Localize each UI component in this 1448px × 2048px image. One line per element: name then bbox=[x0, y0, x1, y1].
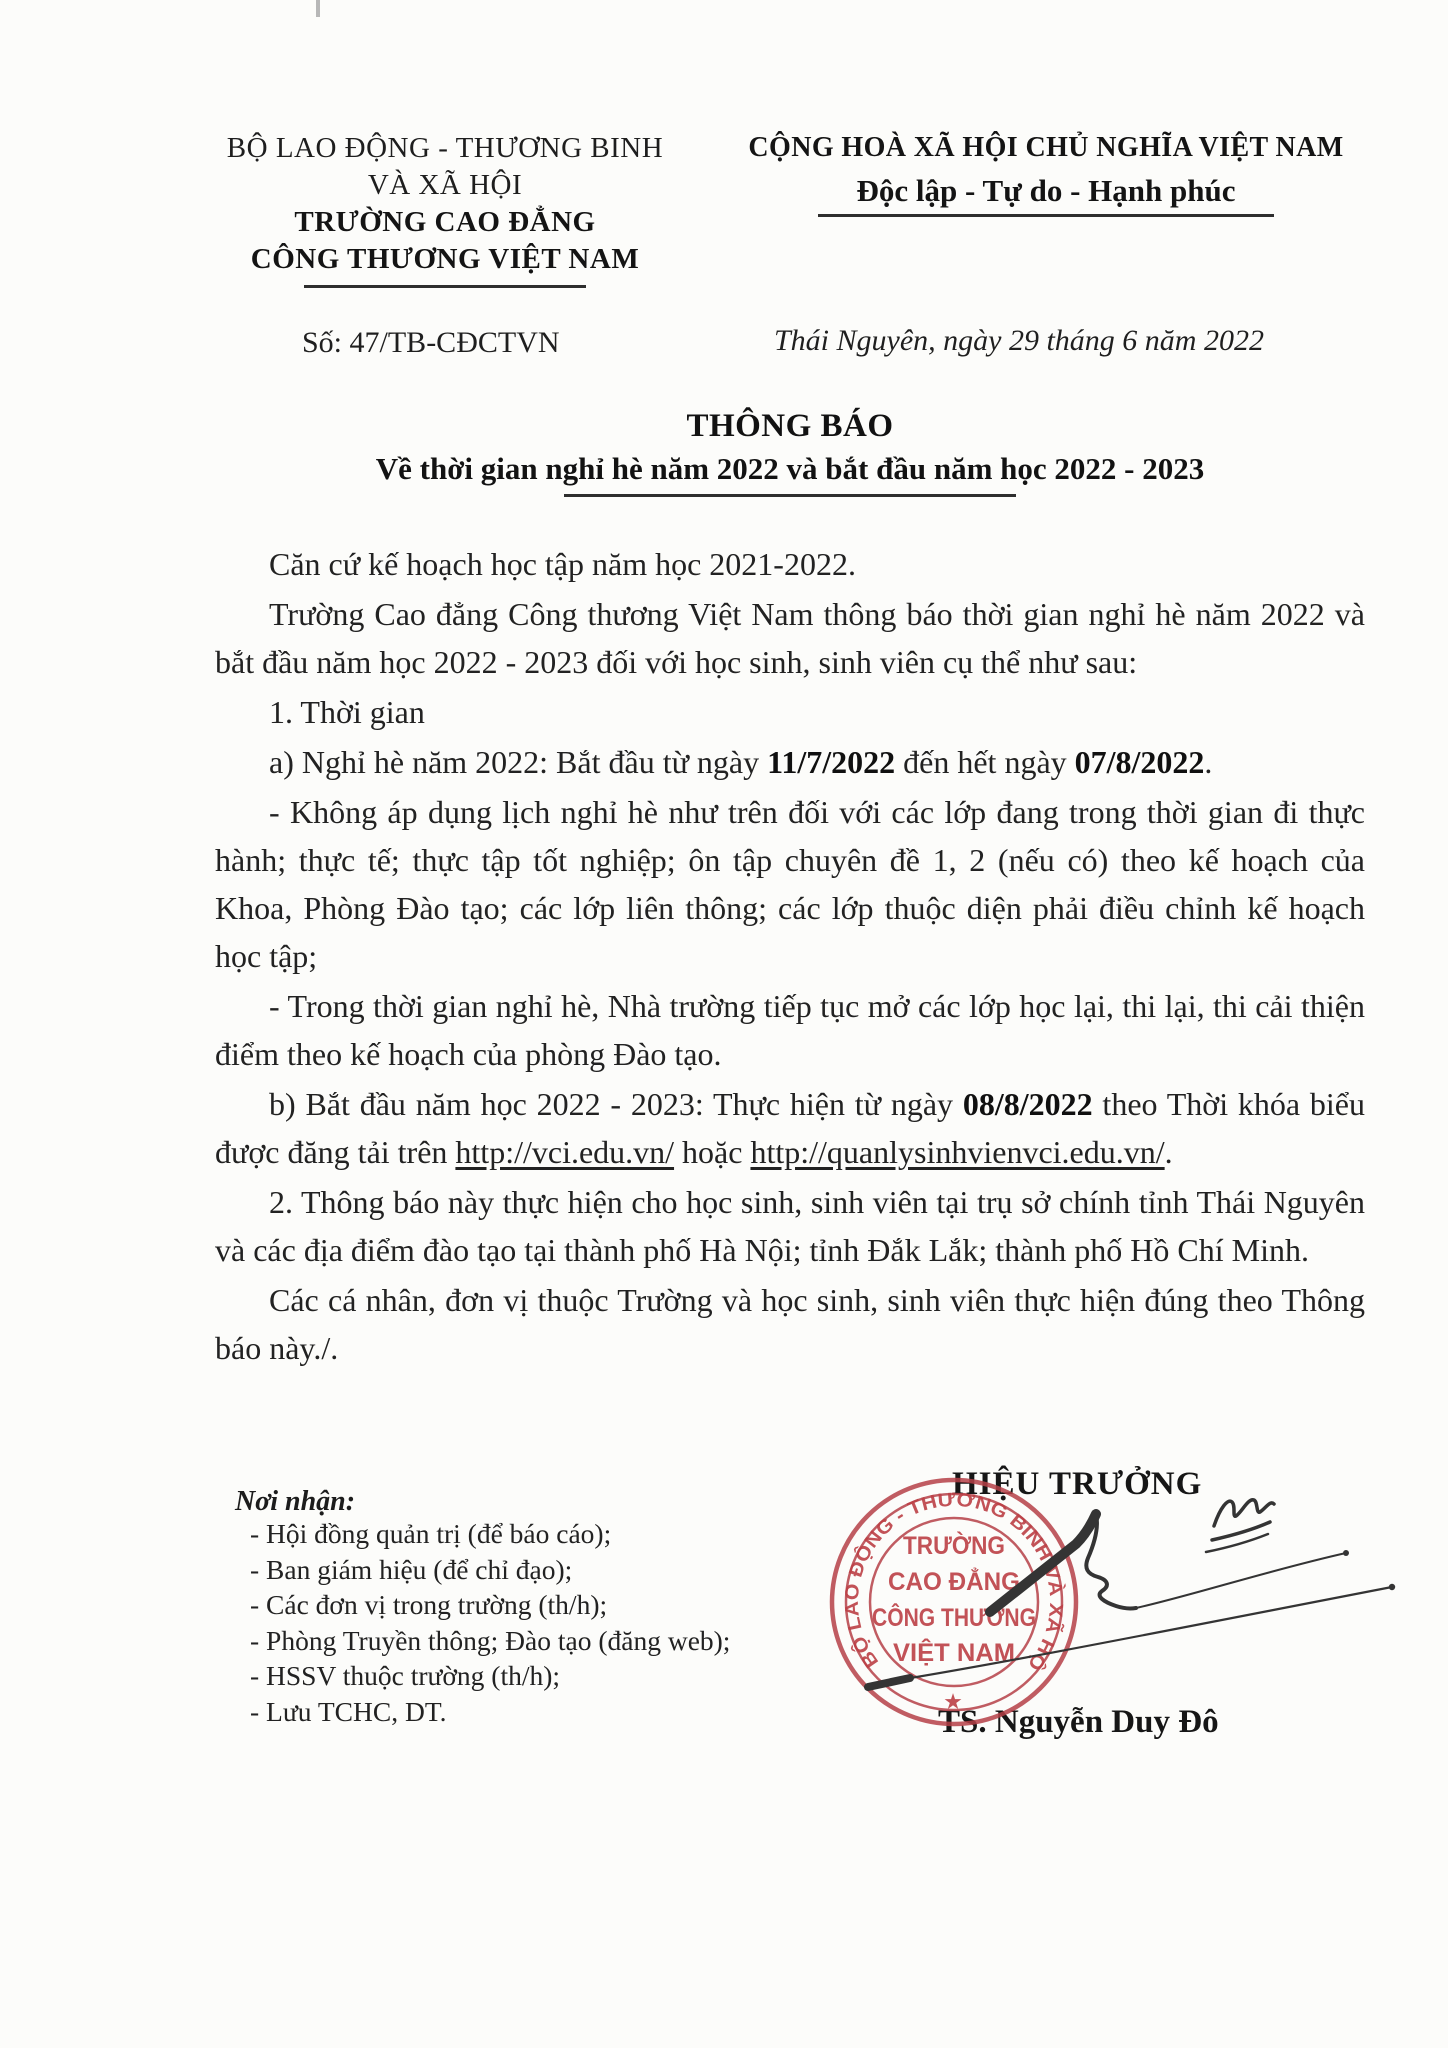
paragraph-section-1: 1. Thời gian bbox=[215, 688, 1365, 736]
recipients-list: - Hội đồng quản trị (để báo cáo); - Ban … bbox=[250, 1516, 810, 1729]
org-header-underline bbox=[304, 285, 586, 288]
stamp-center-line3: CÔNG THƯƠNG bbox=[872, 1602, 1036, 1632]
paragraph-compliance: Các cá nhân, đơn vị thuộc Trường và học … bbox=[215, 1276, 1365, 1372]
signer-role-title: HIỆU TRƯỞNG bbox=[952, 1466, 1202, 1503]
paragraph-retake-classes: - Trong thời gian nghỉ hè, Nhà trường ti… bbox=[215, 982, 1365, 1078]
stamp-center-line2: CAO ĐẲNG bbox=[888, 1567, 1020, 1596]
stamp-center-line1: TRƯỜNG bbox=[903, 1530, 1005, 1560]
text-segment: . bbox=[1165, 1134, 1173, 1170]
paragraph-new-year-start: b) Bắt đầu năm học 2022 - 2023: Thực hiệ… bbox=[215, 1080, 1365, 1176]
title-underline bbox=[564, 494, 1016, 497]
new-year-date: 08/8/2022 bbox=[963, 1086, 1093, 1122]
org-school-line2: CÔNG THƯƠNG VIỆT NAM bbox=[175, 241, 715, 278]
recipients-label: Nơi nhận: bbox=[235, 1486, 355, 1518]
org-school-line1: TRƯỜNG CAO ĐẲNG bbox=[175, 204, 715, 241]
paragraph-scope: 2. Thông báo này thực hiện cho học sinh,… bbox=[215, 1178, 1365, 1274]
document-title: THÔNG BÁO bbox=[215, 408, 1365, 445]
national-title: CỘNG HOÀ XÃ HỘI CHỦ NGHĨA VIỆT NAM bbox=[740, 130, 1352, 166]
scan-artifact-mark bbox=[316, 0, 320, 17]
stamp-center-line4: VIỆT NAM bbox=[893, 1637, 1015, 1667]
text-segment: a) Nghỉ hè năm 2022: Bắt đầu từ ngày bbox=[269, 744, 767, 780]
recipient-item: - Phòng Truyền thông; Đào tạo (đăng web)… bbox=[250, 1623, 810, 1659]
recipient-item: - Lưu TCHC, DT. bbox=[250, 1694, 810, 1730]
national-motto: Độc lập - Tự do - Hạnh phúc bbox=[740, 173, 1352, 209]
paragraph-intro: Trường Cao đẳng Công thương Việt Nam thô… bbox=[215, 590, 1365, 686]
recipient-item: - Ban giám hiệu (để chỉ đạo); bbox=[250, 1552, 810, 1588]
scanned-document-page: BỘ LAO ĐỘNG - THƯƠNG BINH VÀ XÃ HỘI TRƯỜ… bbox=[0, 0, 1448, 2048]
text-segment: b) Bắt đầu năm học 2022 - 2023: Thực hiệ… bbox=[269, 1086, 963, 1122]
text-segment: . bbox=[1204, 744, 1212, 780]
end-date: 07/8/2022 bbox=[1075, 744, 1205, 780]
student-portal-url: http://quanlysinhvienvci.edu.vn/ bbox=[750, 1134, 1164, 1170]
place-and-date: Thái Nguyên, ngày 29 tháng 6 năm 2022 bbox=[774, 324, 1264, 358]
recipient-item: - HSSV thuộc trường (th/h); bbox=[250, 1658, 810, 1694]
text-segment: hoặc bbox=[674, 1134, 750, 1170]
recipient-item: - Các đơn vị trong trường (th/h); bbox=[250, 1587, 810, 1623]
document-body: Căn cứ kế hoạch học tập năm học 2021-202… bbox=[215, 540, 1365, 1374]
paragraph-basis: Căn cứ kế hoạch học tập năm học 2021-202… bbox=[215, 540, 1365, 588]
text-segment: đến hết ngày bbox=[895, 744, 1075, 780]
recipient-item: - Hội đồng quản trị (để báo cáo); bbox=[250, 1516, 810, 1552]
national-header-underline bbox=[818, 214, 1274, 217]
org-ministry-line1: BỘ LAO ĐỘNG - THƯƠNG BINH bbox=[175, 130, 715, 167]
org-ministry-line2: VÀ XÃ HỘI bbox=[175, 167, 715, 204]
paragraph-exceptions: - Không áp dụng lịch nghỉ hè như trên đố… bbox=[215, 788, 1365, 980]
start-date: 11/7/2022 bbox=[767, 744, 895, 780]
paragraph-summer-break: a) Nghỉ hè năm 2022: Bắt đầu từ ngày 11/… bbox=[215, 738, 1365, 786]
school-website-url: http://vci.edu.vn/ bbox=[455, 1134, 674, 1170]
national-header: CỘNG HOÀ XÃ HỘI CHỦ NGHĨA VIỆT NAM Độc l… bbox=[740, 130, 1352, 217]
handwritten-signature bbox=[868, 1500, 1395, 1687]
issuing-org-header: BỘ LAO ĐỘNG - THƯƠNG BINH VÀ XÃ HỘI TRƯỜ… bbox=[175, 130, 715, 288]
document-subtitle: Về thời gian nghỉ hè năm 2022 và bắt đầu… bbox=[215, 451, 1365, 487]
document-title-block: THÔNG BÁO Về thời gian nghỉ hè năm 2022 … bbox=[215, 408, 1365, 497]
signer-name: TS. Nguyễn Duy Đô bbox=[938, 1704, 1219, 1741]
document-number: Số: 47/TB-CĐCTVN bbox=[302, 326, 560, 360]
